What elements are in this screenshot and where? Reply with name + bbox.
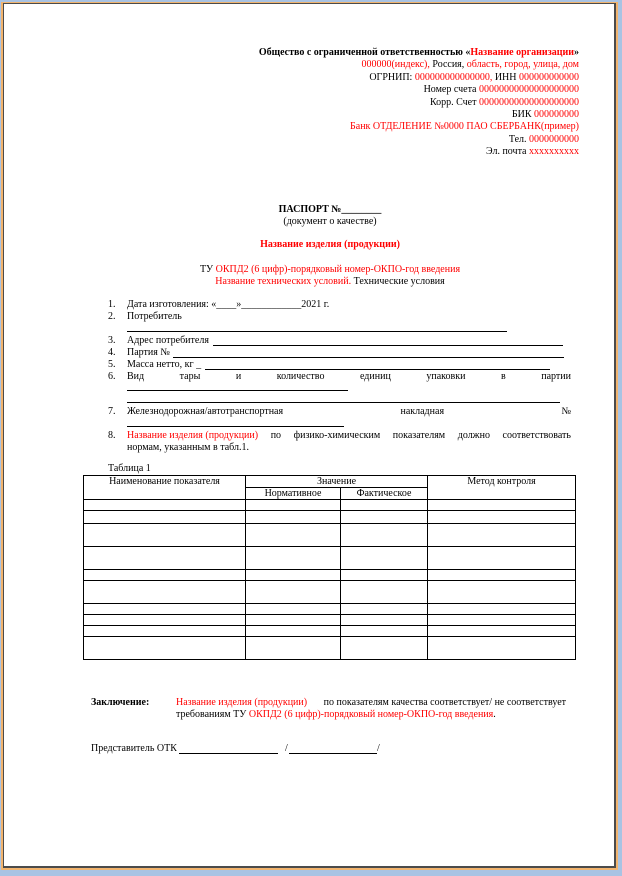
- table-cell[interactable]: [84, 626, 246, 637]
- table-cell[interactable]: [246, 547, 341, 570]
- weight-field-line[interactable]: [205, 369, 550, 370]
- item-number: 5.: [108, 359, 116, 371]
- table-row: [84, 524, 576, 547]
- table-cell[interactable]: [341, 626, 428, 637]
- table-cell[interactable]: [246, 524, 341, 547]
- item-net-weight: Масса нетто, кг _: [127, 359, 201, 371]
- conclusion-line2: требованиям ТУ ОКПД2 (6 цифр)-порядковый…: [176, 709, 496, 721]
- table-row: [84, 604, 576, 615]
- table-cell[interactable]: [428, 570, 576, 581]
- company-bank: Банк ОТДЕЛЕНИЕ №0000 ПАО СБЕРБАНК(пример…: [259, 121, 579, 133]
- item-number: 6.: [108, 371, 116, 383]
- table-cell[interactable]: [84, 637, 246, 660]
- otk-signature-line[interactable]: [179, 753, 278, 754]
- table-row: [84, 500, 576, 511]
- table-row: [84, 626, 576, 637]
- table-cell[interactable]: [428, 581, 576, 604]
- table-cell[interactable]: [341, 637, 428, 660]
- table-cell[interactable]: [84, 511, 246, 524]
- company-ogrnip: ОГРНИП: 000000000000000, ИНН 00000000000…: [259, 72, 579, 84]
- conclusion-label: Заключение:: [91, 697, 149, 709]
- item-manufacture-date: Дата изготовления: «____»____________202…: [127, 299, 329, 311]
- item-batch: Партия №: [127, 347, 170, 359]
- table-cell[interactable]: [246, 570, 341, 581]
- header-actual: Фактическое: [341, 488, 428, 500]
- table-cell[interactable]: [428, 626, 576, 637]
- table-row: [84, 570, 576, 581]
- table-cell[interactable]: [246, 637, 341, 660]
- waybill-field-line[interactable]: [127, 426, 344, 427]
- table-cell[interactable]: [84, 500, 246, 511]
- batch-field-line[interactable]: [173, 357, 564, 358]
- company-corr-account: Корр. Счет 00000000000000000000: [259, 97, 579, 109]
- table-cell[interactable]: [428, 637, 576, 660]
- table-cell[interactable]: [246, 604, 341, 615]
- otk-representative-label: Представитель ОТК: [91, 743, 177, 755]
- item-number: 1.: [108, 299, 116, 311]
- table-cell[interactable]: [428, 524, 576, 547]
- item-number: 3.: [108, 335, 116, 347]
- item-norms: Название изделия (продукции)пофизико-хим…: [127, 430, 571, 442]
- table-row: [84, 547, 576, 570]
- address-field-line[interactable]: [213, 345, 563, 346]
- table-cell[interactable]: [84, 524, 246, 547]
- table-cell[interactable]: [84, 581, 246, 604]
- table-cell[interactable]: [246, 581, 341, 604]
- table-cell[interactable]: [246, 511, 341, 524]
- company-phone: Тел. 0000000000: [259, 134, 579, 146]
- packaging-field-line-2[interactable]: [127, 402, 560, 403]
- company-email: Эл. почта xxxxxxxxxx: [259, 146, 579, 158]
- table-caption: Таблица 1: [108, 463, 151, 475]
- otk-name-line[interactable]: [289, 753, 377, 754]
- table-cell[interactable]: [84, 615, 246, 626]
- company-bik: БИК 000000000: [259, 109, 579, 121]
- signature-end: /: [377, 743, 380, 755]
- table-cell[interactable]: [246, 615, 341, 626]
- table-cell[interactable]: [428, 511, 576, 524]
- table-cell[interactable]: [84, 570, 246, 581]
- conclusion-line1: Название изделия (продукции)по показател…: [176, 697, 566, 709]
- item-consumer-address: Адрес потребителя: [127, 335, 209, 347]
- packaging-field-line[interactable]: [127, 390, 348, 391]
- tu-name-line: Название технических условий. Технически…: [0, 276, 622, 288]
- product-name: Название изделия (продукции): [0, 239, 622, 251]
- item-waybill: Железнодорожная/автотранспортнаянакладна…: [127, 406, 571, 418]
- consumer-field-line[interactable]: [127, 331, 507, 332]
- item-number: 4.: [108, 347, 116, 359]
- tu-code-line: ТУ ОКПД2 (6 цифр)-порядковый номер-ОКПО-…: [0, 264, 622, 276]
- company-header: Общество с ограниченной ответственностью…: [259, 47, 579, 159]
- table-cell[interactable]: [341, 547, 428, 570]
- table-cell[interactable]: [341, 511, 428, 524]
- passport-subtitle: (документ о качестве): [0, 216, 622, 228]
- quality-table: Наименование показателя Значение Метод к…: [83, 475, 576, 660]
- header-indicator-name: Наименование показателя: [84, 476, 246, 500]
- table-cell[interactable]: [428, 500, 576, 511]
- table-cell[interactable]: [341, 604, 428, 615]
- table-cell[interactable]: [84, 604, 246, 615]
- company-address: 000000(индекс), Россия, область, город, …: [259, 59, 579, 71]
- table-cell[interactable]: [428, 615, 576, 626]
- table-cell[interactable]: [84, 547, 246, 570]
- table-cell[interactable]: [341, 524, 428, 547]
- passport-title: ПАСПОРТ №________: [0, 204, 622, 216]
- item-number: 2.: [108, 311, 116, 323]
- item-number: 7.: [108, 406, 116, 418]
- header-value: Значение: [246, 476, 428, 488]
- header-control-method: Метод контроля: [428, 476, 576, 500]
- table-row: [84, 511, 576, 524]
- table-cell[interactable]: [428, 547, 576, 570]
- table-cell[interactable]: [341, 581, 428, 604]
- table-cell[interactable]: [428, 604, 576, 615]
- company-name: Общество с ограниченной ответственностью…: [259, 47, 579, 59]
- table-row: [84, 637, 576, 660]
- table-cell[interactable]: [341, 570, 428, 581]
- table-row: [84, 581, 576, 604]
- table-cell[interactable]: [246, 626, 341, 637]
- item-number: 8.: [108, 430, 116, 442]
- item-norms-line2: нормам, указанным в табл.1.: [127, 442, 249, 454]
- signature-separator: /: [285, 743, 288, 755]
- table-cell[interactable]: [341, 500, 428, 511]
- item-consumer: Потребитель: [127, 311, 182, 323]
- table-cell[interactable]: [341, 615, 428, 626]
- header-normative: Нормативное: [246, 488, 341, 500]
- company-account: Номер счета 00000000000000000000: [259, 84, 579, 96]
- item-packaging: Видтарыиколичествоединицупаковкивпартии: [127, 371, 571, 383]
- table-cell[interactable]: [246, 500, 341, 511]
- table-row: [84, 615, 576, 626]
